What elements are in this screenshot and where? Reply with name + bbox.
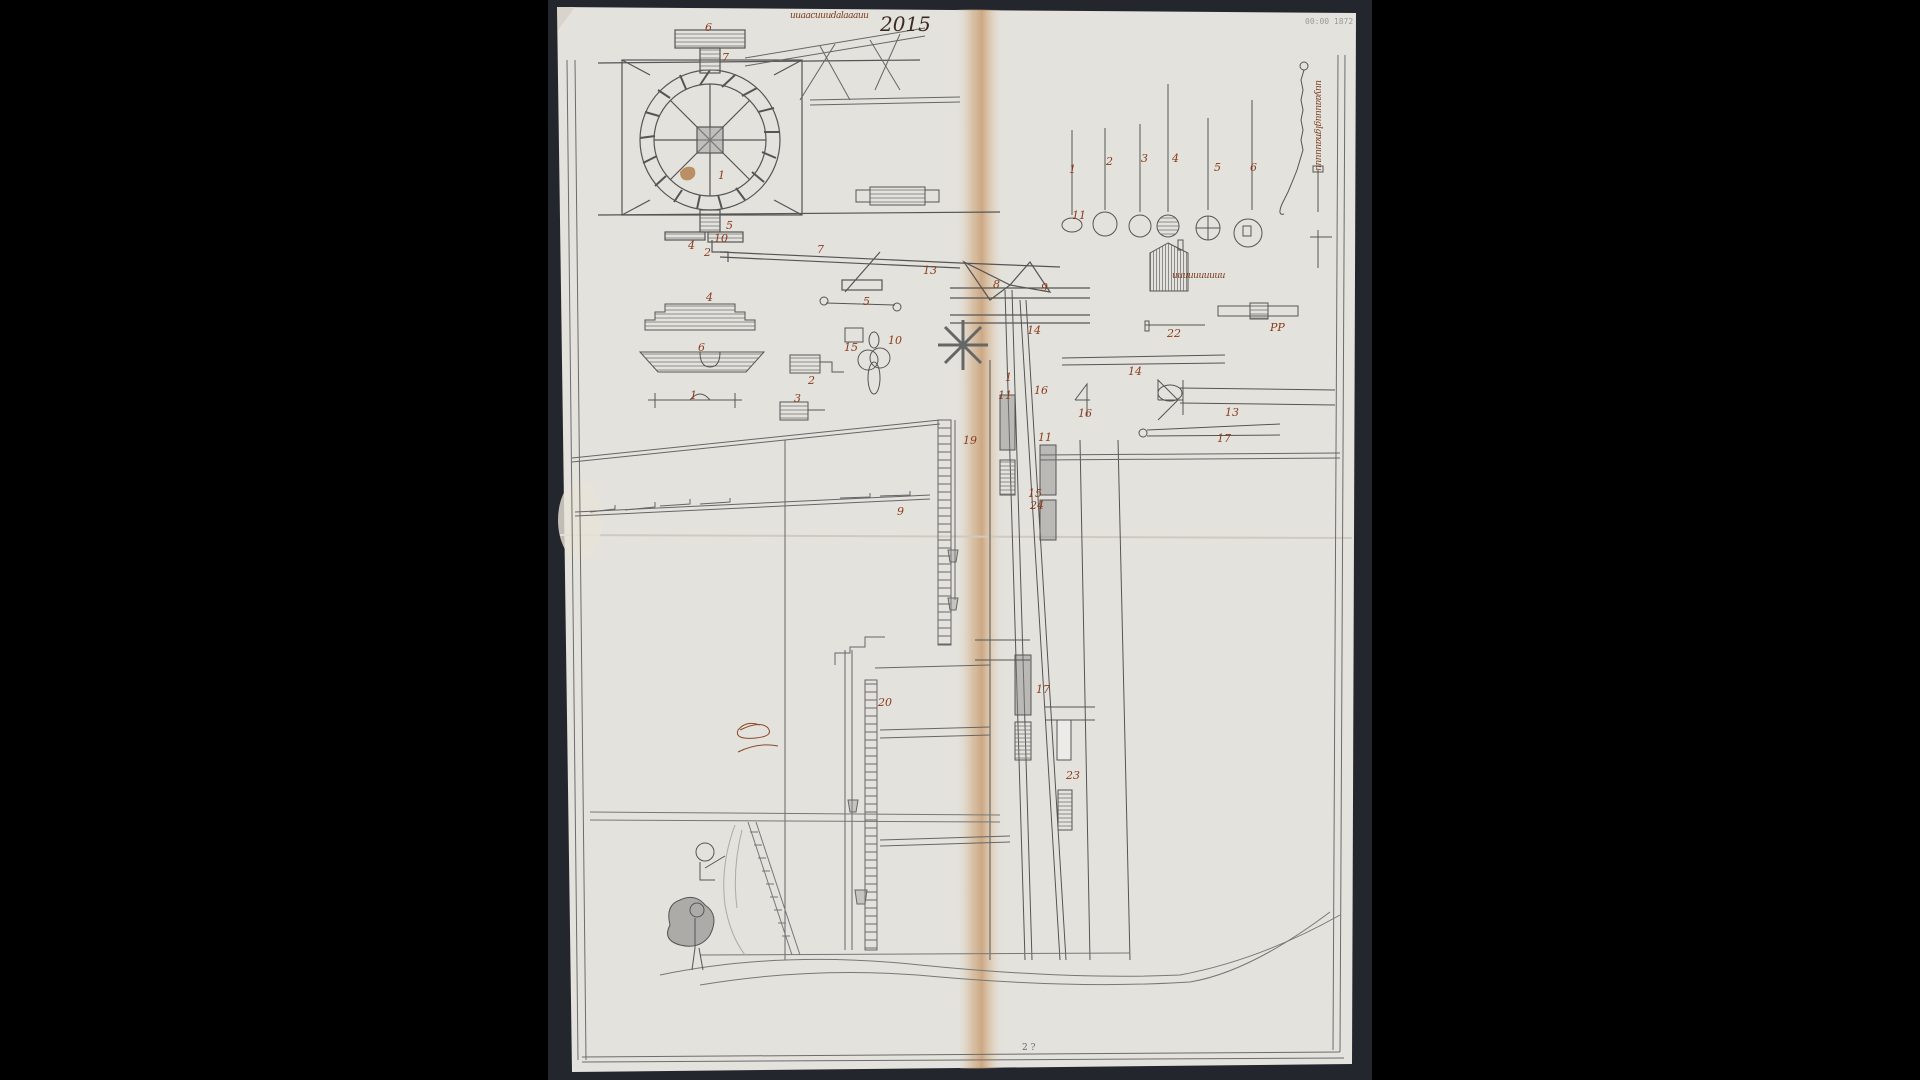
label-19: 19 [963,435,977,446]
label-20: 20 [878,697,892,708]
label-rod-7: 7 [817,244,824,255]
label-14: 14 [1027,325,1041,336]
label-PP: PP [1270,322,1285,333]
label-tool-2: 2 [808,375,815,386]
label-2: 2 [704,247,711,258]
label-22: 22 [1167,328,1181,339]
label-17: 17 [1036,684,1050,695]
label-8: 8 [993,279,1000,290]
label-11a: 11 [998,390,1012,401]
label-tool-4: 4 [706,292,713,303]
label-hang-5: 5 [1214,162,1221,173]
label-hang-3: 3 [1141,153,1148,164]
label-tool-1: 1 [690,390,697,401]
label-9: 9 [1041,282,1048,293]
label-tool-15: 15 [844,342,858,353]
star-wheel [938,320,988,370]
label-part-13: 13 [1225,407,1239,418]
image-viewer: uuaacuuudalaaauu 2015 00:00 1872 2 ? uuy… [0,0,1920,1080]
label-part-14: 14 [1128,366,1142,377]
bucket-inscription: uuuuuuuuuu [1172,272,1225,281]
label-16a: 16 [1034,385,1048,396]
label-launder-9: 9 [897,506,904,517]
label-4: 4 [688,240,695,251]
manuscript-sheet [0,0,1920,1080]
corner-stamp: 00:00 1872 [1305,18,1353,26]
label-11b: 11 [1038,432,1052,443]
label-13: 13 [923,265,937,276]
label-tool-6: 6 [698,342,705,353]
label-24: 24 [1030,500,1044,511]
label-pump-1: 1 [1005,372,1012,383]
side-inscription: uuyaauuuglgnauuuuu [1313,80,1322,170]
label-7: 7 [722,52,729,63]
label-hang-2: 2 [1106,156,1113,167]
label-10: 10 [714,233,728,244]
label-6: 6 [705,22,712,33]
label-hang-1: 1 [1069,164,1076,175]
label-tool-5: 5 [863,296,870,307]
label-tool-10: 10 [888,335,902,346]
label-hang-4: 4 [1172,153,1179,164]
label-hang-6: 6 [1250,162,1257,173]
label-part-16: 16 [1078,408,1092,419]
label-15: 15 [1028,488,1042,499]
folio-number: 2015 [880,14,931,34]
label-5: 5 [726,220,733,231]
bottom-pencil-note: 2 ? [1022,1044,1035,1053]
label-tool-3: 3 [794,393,801,404]
label-hang-11: 11 [1072,210,1086,221]
label-1: 1 [718,170,725,181]
label-23: 23 [1066,770,1080,781]
top-inscription: uuaacuuudalaaauu [790,12,868,21]
label-part-17: 17 [1217,433,1231,444]
